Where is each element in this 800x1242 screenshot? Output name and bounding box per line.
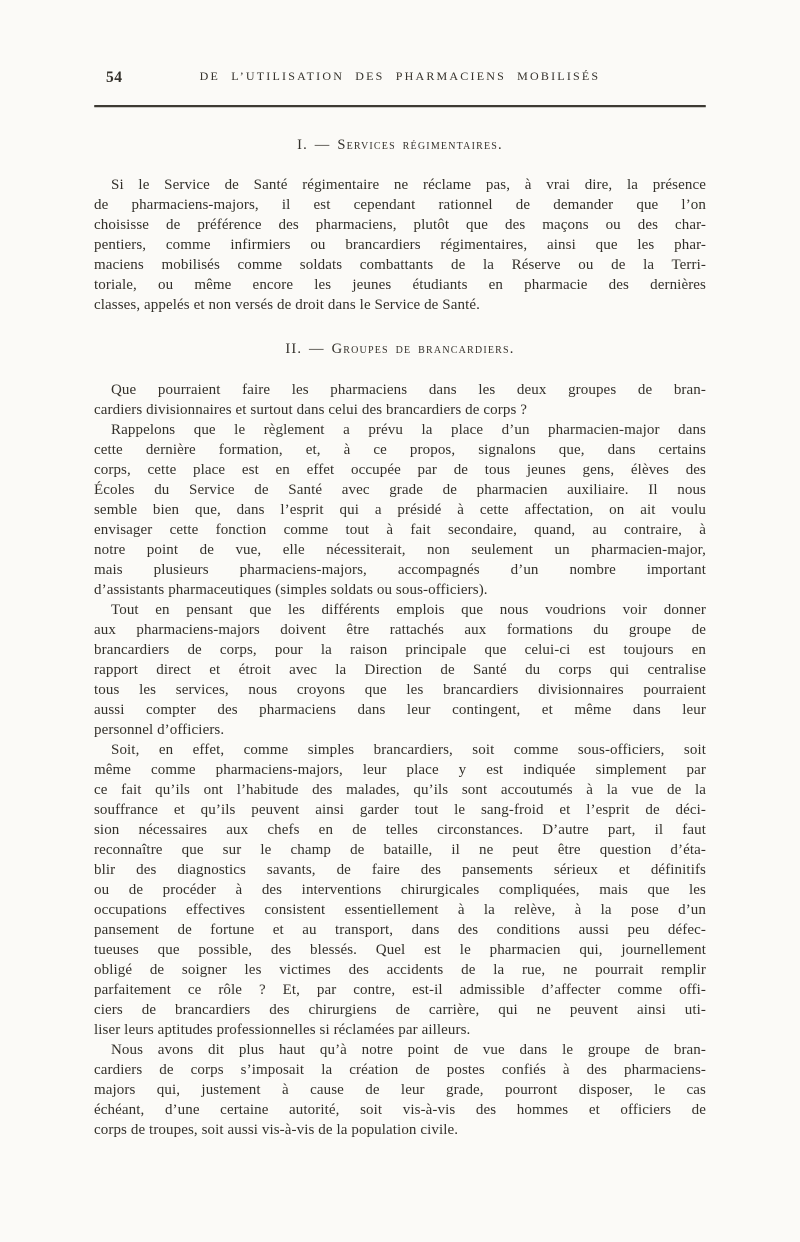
running-title: DE L’UTILISATION DES PHARMACIENS MOBILIS… xyxy=(94,69,706,84)
body-line: tueuses que possible, des blessés. Quel … xyxy=(94,940,706,960)
paragraph: Soit, en effet, comme simples brancardie… xyxy=(94,740,706,1040)
body-line: semble bien que, dans l’esprit qui a pré… xyxy=(94,500,706,520)
body-line: envisager cette fonction comme tout à fa… xyxy=(94,520,706,540)
scanned-book-page: 54 DE L’UTILISATION DES PHARMACIENS MOBI… xyxy=(0,0,800,1242)
body-line: liser leurs aptitudes professionnelles s… xyxy=(94,1020,706,1040)
body-line: sion nécessaires aux chefs en de telles … xyxy=(94,820,706,840)
body-line: aussi compter des pharmaciens dans leur … xyxy=(94,700,706,720)
body-line: choisisse de préférence des pharmaciens,… xyxy=(94,215,706,235)
body-line: ce fait qu’ils ont l’habitude des malade… xyxy=(94,780,706,800)
body-line: blir des diagnostics savants, de faire d… xyxy=(94,860,706,880)
body-line: toriale, ou même encore les jeunes étudi… xyxy=(94,275,706,295)
body-line: cette dernière formation, et, à ce propo… xyxy=(94,440,706,460)
body-line: personnel d’officiers. xyxy=(94,720,706,740)
body-line: Tout en pensant que les différents emplo… xyxy=(94,600,706,620)
body-line: d’assistants pharmaceutiques (simples so… xyxy=(94,580,706,600)
body-line: reconnaître que sur le champ de bataille… xyxy=(94,840,706,860)
body-line: aux pharmaciens-majors doivent être ratt… xyxy=(94,620,706,640)
body-line: brancardiers de corps, pour la raison pr… xyxy=(94,640,706,660)
page-number: 54 xyxy=(106,69,123,87)
body-line: tous les services, nous croyons que les … xyxy=(94,680,706,700)
body-line: maciens mobilisés comme soldats combatta… xyxy=(94,255,706,275)
body-line: cardiers de corps s’imposait la création… xyxy=(94,1060,706,1080)
page-body: I. — Services régimentaires.Si le Servic… xyxy=(94,137,706,1140)
body-line: pentiers, comme infirmiers ou brancardie… xyxy=(94,235,706,255)
body-line: cardiers divisionnaires et surtout dans … xyxy=(94,400,706,420)
body-line: même comme pharmaciens-majors, leur plac… xyxy=(94,760,706,780)
paragraph: Rappelons que le règlement a prévu la pl… xyxy=(94,420,706,600)
body-line: Rappelons que le règlement a prévu la pl… xyxy=(94,420,706,440)
body-line: ou de procéder à des interventions chiru… xyxy=(94,880,706,900)
body-line: souffrance et qu’ils peuvent ainsi garde… xyxy=(94,800,706,820)
section-groupes-de-brancardiers: II. — Groupes de brancardiers.Que pourra… xyxy=(94,341,706,1140)
body-line: Écoles du Service de Santé avec grade de… xyxy=(94,480,706,500)
body-line: échéant, d’une certaine autorité, soit v… xyxy=(94,1100,706,1120)
section-services-regimentaires: I. — Services régimentaires.Si le Servic… xyxy=(94,137,706,315)
body-line: Si le Service de Santé régimentaire ne r… xyxy=(94,175,706,195)
paragraph: Tout en pensant que les différents emplo… xyxy=(94,600,706,740)
body-line: rapport direct et étroit avec la Directi… xyxy=(94,660,706,680)
body-line: parfaitement ce rôle ? Et, par contre, e… xyxy=(94,980,706,1000)
body-line: de pharmaciens-majors, il est cependant … xyxy=(94,195,706,215)
body-line: Soit, en effet, comme simples brancardie… xyxy=(94,740,706,760)
section-heading: I. — Services régimentaires. xyxy=(94,137,706,154)
body-line: Nous avons dit plus haut qu’à notre poin… xyxy=(94,1040,706,1060)
body-line: ciers de brancardiers des chirurgiens de… xyxy=(94,1000,706,1020)
body-line: majors qui, justement à cause de leur gr… xyxy=(94,1080,706,1100)
body-line: pansement de fortune et au transport, da… xyxy=(94,920,706,940)
body-line: Que pourraient faire les pharmaciens dan… xyxy=(94,380,706,400)
body-line: corps, cette place est en effet occupée … xyxy=(94,460,706,480)
paragraph: Si le Service de Santé régimentaire ne r… xyxy=(94,175,706,315)
paragraph: Que pourraient faire les pharmaciens dan… xyxy=(94,380,706,420)
paragraph: Nous avons dit plus haut qu’à notre poin… xyxy=(94,1040,706,1140)
body-line: notre point de vue, elle nécessiterait, … xyxy=(94,540,706,560)
body-line: occupations effectives consistent essent… xyxy=(94,900,706,920)
page-content: 54 DE L’UTILISATION DES PHARMACIENS MOBI… xyxy=(94,0,706,1140)
header-rule xyxy=(94,105,706,107)
section-heading: II. — Groupes de brancardiers. xyxy=(94,341,706,358)
body-line: corps de troupes, soit aussi vis-à-vis d… xyxy=(94,1120,706,1140)
body-line: classes, appelés et non versés de droit … xyxy=(94,295,706,315)
body-line: obligé de soigner les victimes des accid… xyxy=(94,960,706,980)
page-header: 54 DE L’UTILISATION DES PHARMACIENS MOBI… xyxy=(94,69,706,86)
body-line: mais plusieurs pharmaciens-majors, accom… xyxy=(94,560,706,580)
